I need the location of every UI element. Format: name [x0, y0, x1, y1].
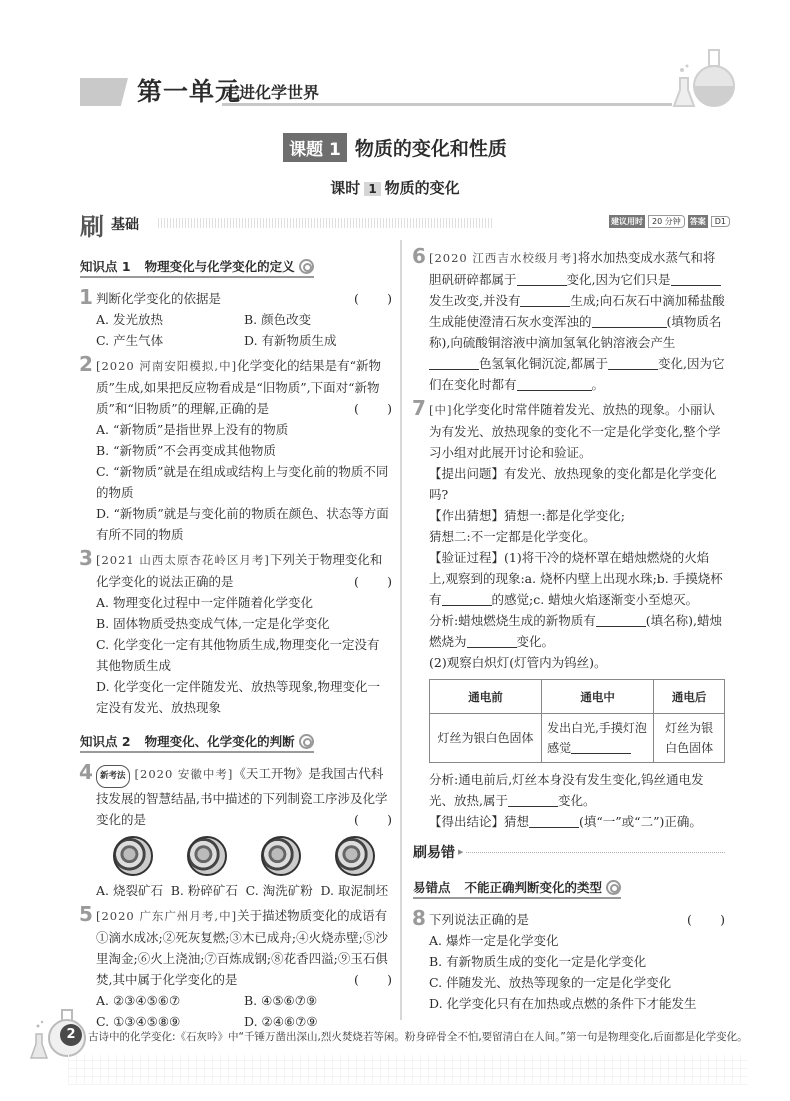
- section-error-header: 刷易错 ▶: [413, 842, 725, 862]
- column-divider: [400, 240, 402, 1020]
- table-header: 通电后: [654, 680, 725, 714]
- analysis-text: 变化。: [558, 793, 596, 808]
- target-icon: [606, 880, 621, 895]
- dotted-divider: [466, 852, 725, 853]
- table-header: 通电前: [430, 680, 542, 714]
- answer-page: D1: [711, 216, 730, 227]
- question-4: 4 新考法[2020 安徽中考]《天工开物》是我国古代科技发展的智慧结晶,书中描…: [80, 763, 392, 901]
- illustration-crushing-ore: [187, 836, 227, 876]
- question-number: 8: [412, 908, 426, 929]
- time-answer-tags: 建议用时 20 分钟 答案 D1: [609, 215, 730, 228]
- question-2: 2 [2020 河南安阳模拟,中]化学变化的结果是有“新物质”生成,如果把反应物…: [80, 355, 392, 545]
- text-segment: 。: [592, 377, 605, 392]
- question-number: 3: [79, 548, 93, 569]
- period-prefix: 课时: [330, 179, 360, 197]
- hypothesis-2: 猜想二:不一定都是化学变化。: [429, 526, 725, 547]
- answer-blank[interactable]: (): [354, 571, 392, 592]
- fill-blank[interactable]: [608, 356, 658, 370]
- option-d: D. 化学变化一定伴随发光、放热等现象,物理变化一定没有发光、放热现象: [96, 676, 392, 718]
- lesson-title: 物质的变化和性质: [355, 134, 507, 161]
- option-a: A. 烧裂矿石: [96, 880, 163, 901]
- question-source: [2021 山西太原杏花岭区月考]: [96, 553, 270, 567]
- option-c: C. “新物质”就是在组成或结构上与变化前的物质不同的物质: [96, 461, 392, 503]
- conclusion-text: (填“一”或“二”)正确。: [579, 814, 702, 829]
- lesson-heading: 课题 1 物质的变化和性质: [0, 133, 790, 162]
- question-stem: 判断化学变化的依据是: [96, 291, 221, 306]
- option-b: B. 粉碎矿石: [171, 880, 238, 901]
- option-c: C. 伴随发光、放热等现象的一定是化学变化: [429, 972, 725, 993]
- experiment-table: 通电前 通电中 通电后 灯丝为银白色固体 发出白光,手摸灯泡感觉 灯丝为银白色固…: [429, 679, 725, 763]
- table-header: 通电中: [542, 680, 654, 714]
- kp-title: 不能正确判断变化的类型: [465, 880, 603, 895]
- fill-blank[interactable]: [508, 793, 558, 807]
- fill-blank[interactable]: [520, 293, 570, 307]
- option-d: D. ②④⑥⑦⑨: [244, 1011, 392, 1032]
- fill-blank[interactable]: [517, 272, 567, 286]
- fill-blank[interactable]: [442, 592, 492, 606]
- option-d: D. 化学变化只有在加热或点燃的条件下才能发生: [429, 993, 725, 1014]
- fill-blank[interactable]: [592, 314, 667, 328]
- error-point: 易错点不能正确判断变化的类型: [413, 878, 621, 899]
- question-source: [中]: [429, 403, 452, 417]
- unit-decor-bar: [80, 78, 128, 106]
- answer-blank[interactable]: (): [354, 398, 392, 419]
- illustration-washing-powder: [261, 836, 301, 876]
- section-basic-big: 刷: [80, 207, 104, 242]
- option-b: B. 固体物质受热变成气体,一定是化学变化: [96, 613, 392, 634]
- question-5: 5 [2020 广东广州月考,中]关于描述物质变化的成语有①滴水成冰;②死灰复燃…: [80, 905, 392, 1032]
- question-number: 4: [79, 762, 93, 783]
- unit-underline: [222, 103, 672, 106]
- option-a: A. ②③④⑤⑥⑦: [96, 990, 244, 1011]
- suggested-time-value: 20 分钟: [648, 215, 685, 228]
- question-number: 1: [79, 287, 93, 308]
- question-6: 6 [2020 江西吉水校级月考]将水加热变成水蒸气和将胆矾研碎都属于变化,因为…: [413, 247, 725, 395]
- option-a: A. “新物质”是指世界上没有的物质: [96, 419, 392, 440]
- right-column: 6 [2020 江西吉水校级月考]将水加热变成水蒸气和将胆矾研碎都属于变化,因为…: [413, 245, 725, 1016]
- option-c: C. ①③④⑤⑧⑨: [96, 1011, 244, 1032]
- kp-title: 物理变化与化学变化的定义: [145, 259, 295, 274]
- section-hatch-decor: [158, 218, 493, 228]
- option-d: D. 取泥制坯: [320, 880, 388, 901]
- text-segment: 色氢氧化铜沉淀,都属于: [479, 356, 608, 371]
- option-b: B. ④⑤⑥⑦⑨: [244, 990, 392, 1011]
- new-method-badge: 新考法: [96, 765, 130, 788]
- fill-blank[interactable]: [517, 377, 592, 391]
- option-d: D. “新物质”就是与变化前的物质在颜色、状态等方面有所不同的物质: [96, 503, 392, 545]
- suggested-time-label: 建议用时: [609, 215, 645, 228]
- question-stem: 化学变化时常伴随着发光、放热的现象。小丽认为有发光、放热现象的变化不一定是化学变…: [429, 402, 720, 460]
- question-8: 8 下列说法正确的是() A. 爆炸一定是化学变化 B. 有新物质生成的变化一定…: [413, 909, 725, 1014]
- target-icon: [299, 734, 314, 749]
- question-3: 3 [2021 山西太原杏花岭区月考]下列关于物理变化和化学变化的说法正确的是(…: [80, 549, 392, 718]
- knowledge-point-1: 知识点 1物理变化与化学变化的定义: [80, 257, 314, 278]
- question-number: 7: [412, 398, 426, 419]
- illustration-row: [96, 836, 392, 876]
- option-c: C. 化学变化一定有其他物质生成,物理变化一定没有其他物质生成: [96, 634, 392, 676]
- question-source: [2020 河南安阳模拟,中]: [96, 359, 237, 373]
- fill-blank[interactable]: [596, 613, 646, 627]
- option-a: A. 发光放热: [96, 309, 244, 330]
- flask-icon: [672, 46, 742, 110]
- option-a: A. 物理变化过程中一定伴随着化学变化: [96, 592, 392, 613]
- illustration-burning-ore: [113, 836, 153, 876]
- section-error-title: 刷易错: [413, 842, 455, 862]
- question-stem: 下列说法正确的是: [429, 912, 529, 927]
- kp-label: 知识点 1: [80, 259, 131, 274]
- analysis-text: 分析:蜡烛燃烧生成的新物质有: [429, 613, 596, 628]
- answer-blank[interactable]: (): [354, 809, 392, 830]
- answer-label: 答案: [688, 215, 708, 228]
- period-heading: 课时1物质的变化: [0, 177, 790, 198]
- question-number: 2: [79, 354, 93, 375]
- answer-blank[interactable]: (): [687, 909, 725, 930]
- fill-blank[interactable]: [529, 814, 579, 828]
- text-segment: 发生改变,并没有: [429, 293, 520, 308]
- period-number: 1: [364, 182, 380, 196]
- option-b: B. 有新物质生成的变化一定是化学变化: [429, 951, 725, 972]
- option-c: C. 产生气体: [96, 330, 244, 351]
- verify-text: 的感觉;c. 蜡烛火焰逐渐变小至熄灭。: [492, 592, 699, 607]
- question-1: 1 判断化学变化的依据是() A. 发光放热B. 颜色改变 C. 产生气体D. …: [80, 288, 392, 351]
- answer-blank[interactable]: (): [354, 969, 392, 990]
- kp-label: 易错点: [413, 880, 451, 895]
- knowledge-point-2: 知识点 2物理变化、化学变化的判断: [80, 732, 314, 753]
- question-number: 6: [412, 246, 426, 267]
- left-column: 知识点 1物理变化与化学变化的定义 1 判断化学变化的依据是() A. 发光放热…: [80, 245, 392, 1034]
- kp-label: 知识点 2: [80, 734, 131, 749]
- section-basic-label: 基础: [111, 214, 139, 234]
- analysis-text: 变化。: [517, 634, 555, 649]
- conclusion-text: 【得出结论】猜想: [429, 814, 529, 829]
- table-cell: 发出白光,手摸灯泡感觉: [542, 714, 654, 763]
- answer-blank[interactable]: (): [354, 288, 392, 309]
- question-source: [2020 安徽中考]: [135, 767, 234, 781]
- period-title: 物质的变化: [385, 179, 460, 197]
- question-source: [2020 江西吉水校级月考]: [429, 251, 578, 265]
- question-source: [2020 广东广州月考,中]: [96, 909, 237, 923]
- kp-title: 物理变化、化学变化的判断: [145, 734, 295, 749]
- step-2: (2)观察白炽灯(灯管内为钨丝)。: [429, 652, 725, 673]
- text-segment: 变化,因为它们只是: [567, 272, 671, 287]
- target-icon: [299, 259, 314, 274]
- question-7: 7 [中]化学变化时常伴随着发光、放热的现象。小丽认为有发光、放热现象的变化不一…: [413, 399, 725, 832]
- hypothesis-1: 【作出猜想】猜想一:都是化学变化;: [429, 505, 725, 526]
- fill-blank[interactable]: [671, 272, 721, 286]
- unit-subtitle: 走进化学世界: [223, 80, 319, 103]
- option-b: B. 颜色改变: [244, 309, 392, 330]
- footer-grid-decor: [68, 1055, 748, 1085]
- fill-blank[interactable]: [467, 634, 517, 648]
- option-d: D. 有新物质生成: [244, 330, 392, 351]
- section-basic-header: 刷 基础 建议用时 20 分钟 答案 D1: [80, 207, 730, 237]
- raise-question: 【提出问题】有发光、放热现象的变化都是化学变化吗?: [429, 463, 725, 505]
- table-cell: 灯丝为银白色固体: [654, 714, 725, 763]
- question-number: 5: [79, 904, 93, 925]
- table-cell: 灯丝为银白色固体: [430, 714, 542, 763]
- option-b: B. “新物质”不会再变成其他物质: [96, 440, 392, 461]
- lesson-badge: 课题 1: [283, 133, 347, 162]
- option-a: A. 爆炸一定是化学变化: [429, 930, 725, 951]
- fill-blank[interactable]: [571, 740, 631, 754]
- footer-note: 古诗中的化学变化:《石灰吟》中“千锤万凿出深山,烈火焚烧若等闲。粉身碎骨全不怕,…: [88, 1030, 750, 1044]
- arrow-right-icon: ▶: [458, 848, 463, 856]
- page-number: 2: [60, 1024, 82, 1046]
- illustration-making-clay: [335, 836, 375, 876]
- fill-blank[interactable]: [429, 356, 479, 370]
- option-c: C. 淘洗矿粉: [246, 880, 313, 901]
